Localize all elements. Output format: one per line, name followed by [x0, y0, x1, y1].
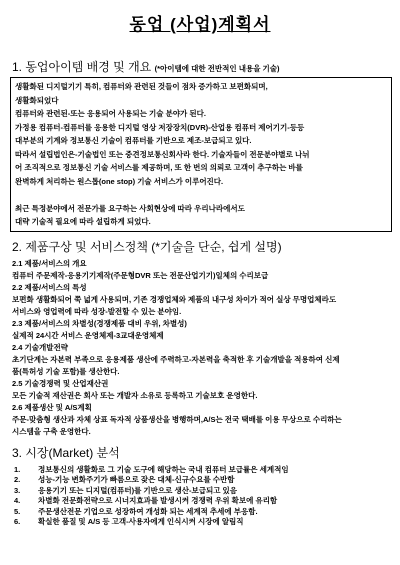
intro-line-blank — [15, 188, 387, 202]
list-item-text: 성능-기능 변화주기가 빠름으로 잦은 대체-신규수요를 수반함 — [38, 475, 400, 486]
list-item-text: 정보통신의 생활화로 그 기술 도구에 해당하는 국내 컴퓨터 보급률은 세계적… — [38, 465, 400, 476]
list-item-number: 5. — [14, 507, 38, 518]
list-item-text: 응용기기 또는 디지털(컴퓨터)를 기반으로 생산-보급되고 있음 — [38, 486, 400, 497]
list-item-number: 6. — [14, 517, 38, 528]
intro-line: 생활화되었다 — [15, 94, 387, 108]
section2-line: 실제적 24시간 서비스 운영체제-3교대운영체제 — [12, 330, 400, 342]
section2-line: 2.2 제품/서비스의 특성 — [12, 282, 400, 294]
list-item: 3. 응용기기 또는 디지털(컴퓨터)를 기반으로 생산-보급되고 있음 — [14, 486, 400, 497]
section2-heading: 2. 제품구상 및 서비스정책 (*기술을 단순, 쉽게 설명) — [12, 241, 400, 254]
list-item-number: 3. — [14, 486, 38, 497]
section2-line: 시스템을 구축 운영한다. — [12, 426, 400, 438]
page-title-text: 동업 (사업)계획서 — [130, 15, 271, 34]
list-item-number: 2. — [14, 475, 38, 486]
list-item-text: 확실한 품질 및 A/S 등 고객-사용자에게 인식시켜 시장에 알림직 — [38, 517, 400, 528]
section3-heading: 3. 시장(Market) 분석 — [12, 447, 400, 460]
section2-line: 초기단계는 자본력 부족으로 응용제품 생산에 주력하고-자본력을 축적한 후 … — [12, 354, 400, 366]
intro-line: 따라서 설립법인은-기술법인 또는 중견정보통신회사라 한다. 기술자들이 전문… — [15, 148, 387, 162]
section1-heading-text: 1. 동업아이템 배경 및 개요 — [12, 60, 151, 74]
list-item-text: 차별화 전문화전략으로 시너지효과를 발생시켜 경쟁력 우위 확보에 유리함 — [38, 496, 400, 507]
intro-line: 최근 특정분야에서 전문가를 요구하는 사회현상에 따라 우리나라에서도 — [15, 202, 387, 216]
intro-line: 완벽하게 처리하는 원스톱(one stop) 기술 서비스가 이루어진다. — [15, 175, 387, 189]
list-item: 6. 확실한 품질 및 A/S 등 고객-사용자에게 인식시켜 시장에 알림직 — [14, 517, 400, 528]
intro-line: 컴퓨터와 관련된-또는 응용되어 사용되는 기술 분야가 된다. — [15, 107, 387, 121]
intro-text-box: 생활화된 디지털기기 특히, 컴퓨터와 관련된 것들이 점차 증가하고 보편화되… — [10, 77, 392, 232]
list-item: 1. 정보통신의 생활화로 그 기술 도구에 해당하는 국내 컴퓨터 보급률은 … — [14, 465, 400, 476]
document-page: 동업 (사업)계획서 1. 동업아이템 배경 및 개요 (*아이템에 대한 전반… — [0, 0, 400, 565]
intro-line: 어 조직적으로 정보통신 기술 서비스를 제공하며, 또 한 번의 의뢰로 고객… — [15, 161, 387, 175]
section1-heading: 1. 동업아이템 배경 및 개요 (*아이템에 대한 전반적인 내용을 기술) — [12, 61, 400, 75]
page-title: 동업 (사업)계획서 — [0, 0, 400, 35]
section2-line: 품(특허성 기술 포함)를 생산한다. — [12, 366, 400, 378]
section2-body: 2.1 제품/서비스의 개요 컴퓨터 주문제작-응용기기제작(주문형DVR 또는… — [12, 258, 400, 438]
list-item-number: 4. — [14, 496, 38, 507]
section2-line: 2.3 제품/서비스의 차별성(경쟁제품 대비 우위, 차별성) — [12, 318, 400, 330]
list-item: 2. 성능-기능 변화주기가 빠름으로 잦은 대체-신규수요를 수반함 — [14, 475, 400, 486]
market-analysis-list: 1. 정보통신의 생활화로 그 기술 도구에 해당하는 국내 컴퓨터 보급률은 … — [14, 465, 400, 528]
intro-line: 생활화된 디지털기기 특히, 컴퓨터와 관련된 것들이 점차 증가하고 보편화되… — [15, 80, 387, 94]
list-item-text: 주문생산전문 기업으로 성장하여 개성화 되는 세계적 추세에 부응함. — [38, 507, 400, 518]
intro-line: 대부분의 기계와 정보통신 기술이 컴퓨터를 기반으로 제조-보급되고 있다. — [15, 134, 387, 148]
intro-line: 가정용 컴퓨터-컴퓨터를 응용한 디지털 영상 저장장치(DVR)-산업용 컴퓨… — [15, 121, 387, 135]
list-item: 4. 차별화 전문화전략으로 시너지효과를 발생시켜 경쟁력 우위 확보에 유리… — [14, 496, 400, 507]
section2-line: 2.4 기술개발전략 — [12, 342, 400, 354]
section1-heading-note: (*아이템에 대한 전반적인 내용을 기술) — [155, 64, 280, 73]
section2-line: 2.1 제품/서비스의 개요 — [12, 258, 400, 270]
section2-line: 모든 기술적 재산권은 회사 또는 개발자 소유로 등록하고 기술보호 운영한다… — [12, 390, 400, 402]
section2-line: 컴퓨터 주문제작-응용기기제작(주문형DVR 또는 전문산업기기)일체의 수리보… — [12, 270, 400, 282]
section2-line: 주문-맞춤형 생산과 자체 상표 독자적 상품생산을 병행하며,A/S는 전국 … — [12, 414, 400, 426]
list-item: 5. 주문생산전문 기업으로 성장하여 개성화 되는 세계적 추세에 부응함. — [14, 507, 400, 518]
section2-line: 2.6 제품생산 및 A/S계획 — [12, 402, 400, 414]
intro-line: 대략 기술적 필요에 따라 설립하게 되었다. — [15, 215, 387, 229]
list-item-number: 1. — [14, 465, 38, 476]
section2-line: 서비스와 영업력에 따라 성장-발전할 수 있는 분야임. — [12, 306, 400, 318]
section2-line: 2.5 기술경쟁력 및 산업재산권 — [12, 378, 400, 390]
section2-line: 보편화 생활화되어 쭉 넓게 사용되며, 기존 경쟁업체와 제품의 내구성 차이… — [12, 294, 400, 306]
